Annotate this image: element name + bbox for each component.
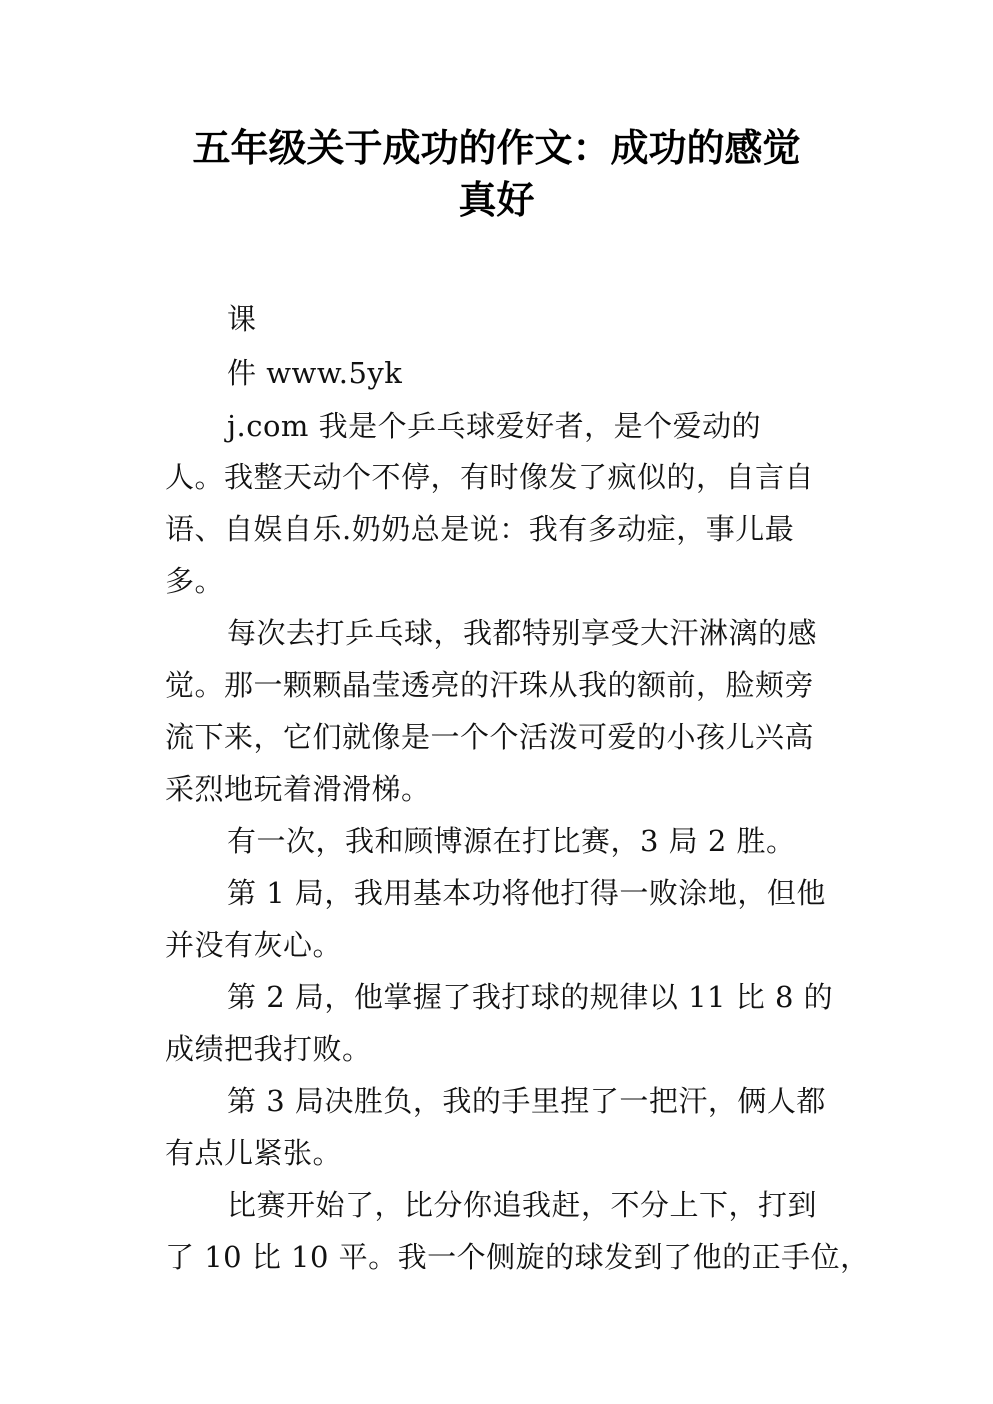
text-line: 并没有灰心。: [165, 927, 342, 963]
text-line: 第 1 局，我用基本功将他打得一败涂地，但他: [227, 875, 826, 911]
text-line: 流下来，它们就像是一个个活泼可爱的小孩儿兴高: [165, 719, 814, 755]
document-title-line-2: 真好: [160, 174, 833, 226]
text-line: 采烈地玩着滑滑梯。: [165, 771, 431, 807]
text-line: 第 2 局，他掌握了我打球的规律以 11 比 8 的: [227, 979, 833, 1015]
text-line: 人。我整天动个不停，有时像发了疯似的，自言自: [165, 459, 814, 495]
text-line: 觉。那一颗颗晶莹透亮的汗珠从我的额前，脸颊旁: [165, 667, 814, 703]
text-line: j.com 我是个乒乓球爱好者，是个爱动的: [227, 408, 761, 444]
text-line: 比赛开始了，比分你追我赶，不分上下，打到: [227, 1187, 817, 1223]
text-line: 成绩把我打败。: [165, 1031, 372, 1067]
text-line: 了 10 比 10 平。我一个侧旋的球发到了他的正手位，: [165, 1239, 870, 1275]
text-line: 课: [227, 301, 257, 337]
text-line: 多。: [165, 563, 224, 599]
text-line: 第 3 局决胜负，我的手里捏了一把汗，俩人都: [227, 1083, 826, 1119]
text-line: 每次去打乒乓球，我都特别享受大汗淋漓的感: [227, 615, 817, 651]
text-line: 有点儿紧张。: [165, 1135, 342, 1171]
document-title-line-1: 五年级关于成功的作文：成功的感觉: [160, 122, 833, 174]
text-line: 有一次，我和顾博源在打比赛，3 局 2 胜。: [227, 823, 796, 859]
text-line: 件 www.5yk: [227, 355, 402, 391]
text-line: 语、自娱自乐.奶奶总是说：我有多动症，事儿最: [165, 511, 794, 547]
document-page: 五年级关于成功的作文：成功的感觉 真好 课件 www.5ykj.com 我是个乒…: [0, 0, 993, 1404]
